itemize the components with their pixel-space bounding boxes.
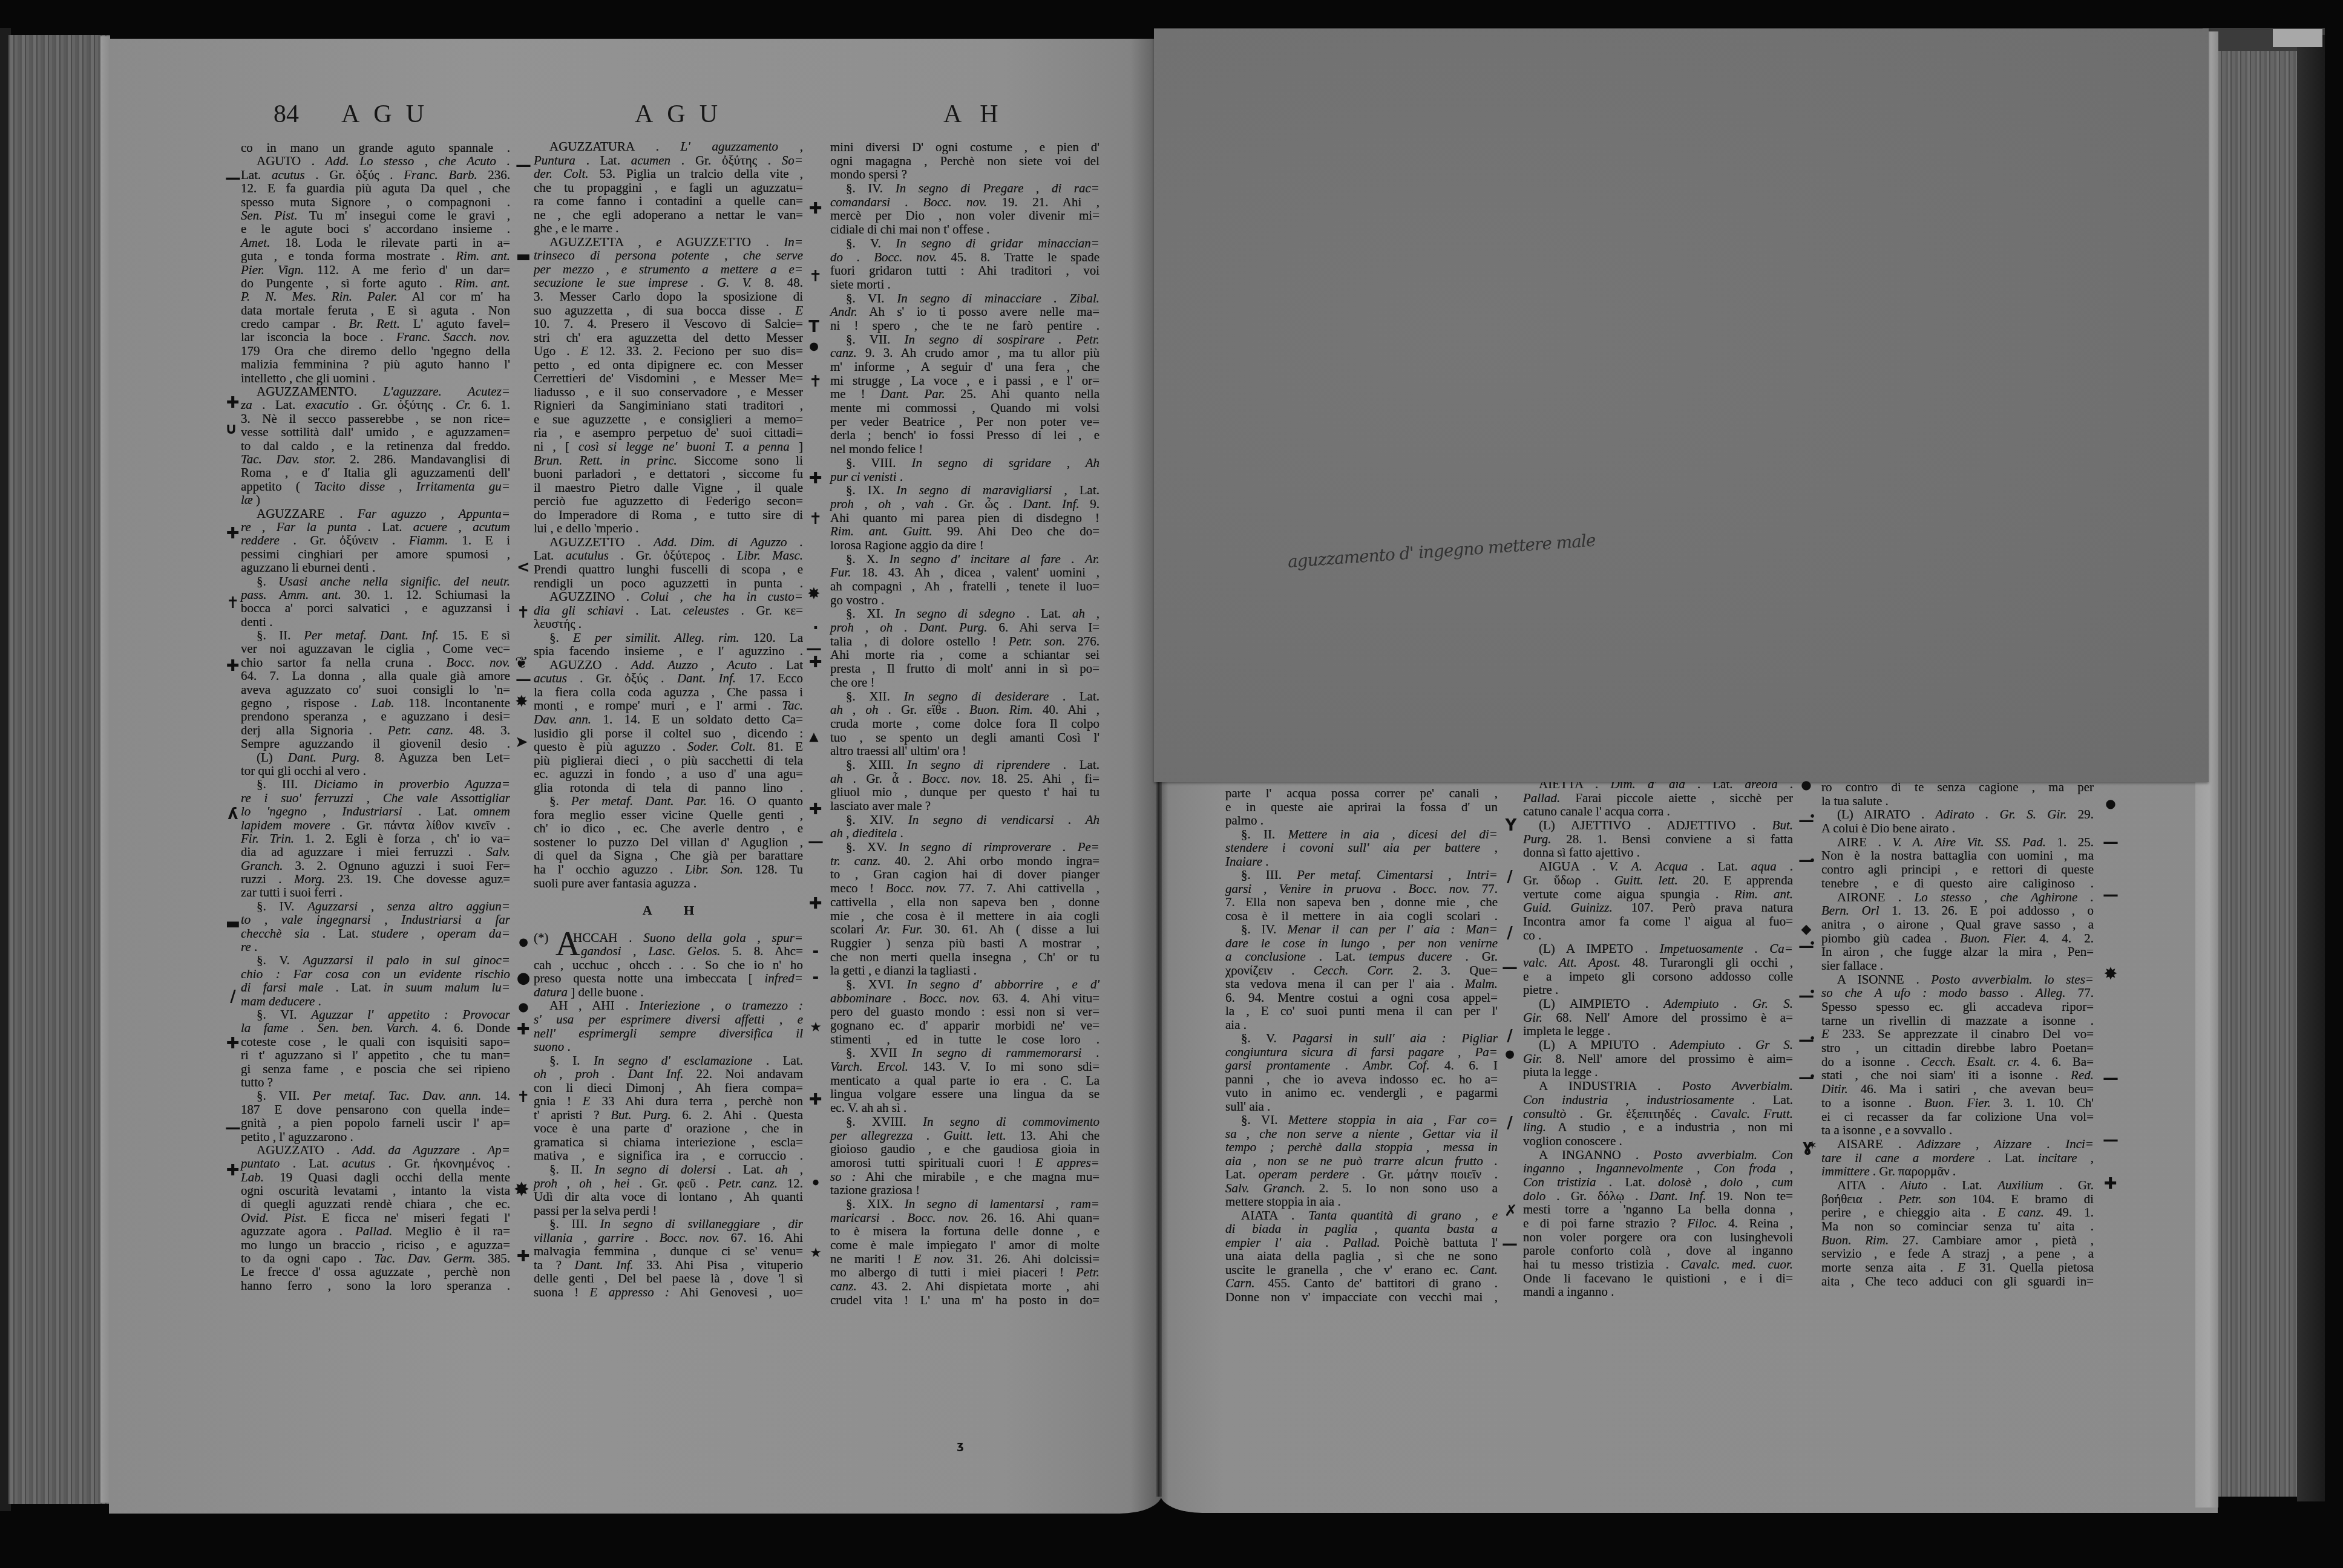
entry-paragraph: (L) AIRATO . Adirato . Gr. S. Gir. 29.A … [1821,808,2094,835]
text-line: mercè per Dio , non voler divenir mi= [830,209,1099,223]
text-line: per mezzo , e strumento a mettere a e= [534,263,803,276]
text-line: di quel da Signa , Che già per barattare [534,849,803,863]
text-line: §. V. Pagarsi in sull' aia : Pigliar [1225,1031,1498,1045]
text-line: amorosi tutti spirituali cuori ! E appre… [830,1156,1099,1170]
text-line: mi strugge , La voce , e i passi , e l' … [830,374,1099,388]
text-line: pero del guasto mondo : essi non si ver= [830,1005,1099,1019]
text-line: ne mariti ! E nov. 31. 26. Ahi dolcissi= [830,1252,1099,1266]
entry-paragraph: §. X. In segno d' incitare al fare . Ar.… [830,552,1099,607]
text-line: questo è più aguzzo . Soder. Colt. 81. E [534,740,803,754]
entry-paragraph: (L) AJETTIVO . ADJETTIVO . But.Purg. 28.… [1523,818,1793,860]
text-line: Donne non v' impacciate con vecchi mai , [1225,1290,1498,1304]
text-line: tare il cane a mordere . Lat. incitare , [1821,1151,2094,1165]
text-line: gnia ! E 33 Ahi dura terra , perchè non [534,1094,803,1108]
text-line: t' apristi ? But. Purg. 6. 2. Ahi . Ques… [534,1108,803,1122]
text-line: Purg. 28. 1. Bensì conviene a sì fatta [1523,832,1793,846]
text-line: crudel vita ! L' una m' ha posto in do= [830,1293,1099,1307]
text-line: pietre . [1523,983,1793,997]
text-line: gramatica si chiama interiezione , escla… [534,1135,803,1149]
text-column-right-2: AIETTA . Dim. d' aia . Lat. areola .Pall… [1523,777,1793,1299]
text-line: co . [1523,929,1793,942]
text-line: mam deducere . [241,995,510,1008]
entry-paragraph: §. Per metaf. Dant. Par. 16. O quantofor… [534,794,803,890]
text-line: altro traessi all' ultim' ora ! [830,744,1099,758]
text-line: perire , e chieggio aita . E canz. 49. 1… [1821,1206,2094,1220]
covering-sheet [1154,28,2209,782]
text-line: bocca a' porci salvatici , e aguzzansi i [241,601,510,615]
text-line: 64. 7. La donna , alla quale già amore [241,669,510,682]
text-line: §. XV. In segno di rimproverare . Pe= [830,840,1099,854]
text-line: sostener lo puzzo Del villan d' Aguglion… [534,835,803,849]
text-line: garsi , Venire in pruova . Bocc. nov. 77… [1225,882,1498,896]
text-line: perciò fue aguzzetto di Federigo secon= [534,494,803,508]
text-line: denti . [241,615,510,629]
text-line: gnità , a pien popolo farneli uscir l' a… [241,1116,510,1129]
text-line: §. III. Per metaf. Cimentarsi , Intri= [1225,868,1498,882]
text-line: suoli pure aver fantasia aguzza . [534,877,803,890]
text-line: nell' esprimergli sempre diversifica il [534,1027,803,1040]
entry-paragraph: §. VI. In segno di minacciare . Zibal.An… [830,292,1099,333]
text-column-right-3: ro contro di te senza cagione , ma perla… [1821,780,2094,1288]
text-line: re , Far la punta . Lat. acuere , acutum [241,520,510,534]
text-line: il maestro Pietro dalle Vigne , il quale [534,481,803,495]
entry-paragraph: §. II. In segno di dolersi . Lat. ah ,pr… [534,1163,803,1217]
text-line: Ruggier ) senza più basti A mostrar , [830,936,1099,950]
text-line: 187 E dove pensarono con quella inde= [241,1103,510,1116]
text-line: ah , oh . Gr. εἴθε . Buon. Rim. 40. Ahi … [830,703,1099,717]
text-line: §. XIII. In segno di riprendere . Lat. [830,758,1099,772]
text-line: s' usa per esprimere diversi affetti , e [534,1013,803,1027]
text-line: lo 'ngegno , Industriarsi . Lat. omnem [241,805,510,818]
entry-paragraph: §. XIV. In segno di vendicarsi . Ahah , … [830,813,1099,840]
entry-paragraph: §. XII. In segno di desiderare . Lat.ah … [830,690,1099,758]
text-line: §. VII. In segno di sospirare . Petr. [830,333,1099,347]
text-line: AIATA . Tanta quantità di grano , e [1225,1209,1498,1223]
text-line: proh , oh , hei . Gr. φεῦ . Petr. canz. … [534,1177,803,1191]
text-line: fuori gridaron tutti : Ahi traditori , v… [830,264,1099,278]
text-line: donna sì fatto ajettivo . [1523,846,1793,860]
text-line: suona ! E appresso : Ahi Genovesi , uo= [534,1285,803,1299]
text-line: §. XI. In segno di sdegno . Lat. ah , [830,607,1099,621]
entry-paragraph: AISARE . Adizzare , Aizzare . Inci=tare … [1821,1137,2094,1178]
text-line: (L) AJETTIVO . ADJETTIVO . But. [1523,818,1793,832]
text-line: Puntura . Lat. acumen . Gr. ὀξύτης . So= [534,154,803,168]
entry-paragraph: (L) Dant. Purg. 8. Aguzza ben Let=tor qu… [241,751,510,778]
text-line: ah . Gr. ἆ . Bocc. nov. 18. 25. Ahi , fi… [830,772,1099,786]
text-line: pessimi cinghiari per amore spumosi , [241,547,510,561]
text-line: §. IV. Aguzzarsi , senza altro aggiun= [241,900,510,913]
entry-paragraph: §. XIX. In segno di lamentarsi , ram=mar… [830,1197,1099,1307]
entry-paragraph: §. IX. In segno di maravigliarsi , Lat.p… [830,483,1099,552]
entry-paragraph: (L) A MPIUTO . Adempiuto . Gr S.Gir. 8. … [1523,1038,1793,1079]
entry-paragraph: §. II. Per metaf. Dant. Inf. 15. E sìver… [241,629,510,751]
text-line: §. VI. Mettere stoppia in aia , Far co= [1225,1113,1498,1127]
text-line: cosa è il mettere in aia cogli scolari . [1225,909,1498,923]
entry-paragraph: AH , AHI . Interiezione , o tramezzo :s'… [534,999,803,1053]
text-line: e sue aguzzette , e consiglieri a memo= [534,413,803,426]
text-line: mo albergo di tutti i miei piaceri ! Pet… [830,1266,1099,1279]
text-line: valc. Att. Apost. 48. Turarongli gli occ… [1523,956,1793,970]
text-line: cidiale di chi mai non t' offese . [830,223,1099,237]
text-line: garsi prontamente . Ambr. Cof. 4. 6. I [1225,1059,1498,1073]
text-line: §. VIII. In segno di sgridare , Ah [830,456,1099,470]
text-line: Con tristizia . Lat. dolosè , dolo , cum [1523,1175,1793,1189]
text-line: stendere i covoni sull' aia per battere … [1225,841,1498,855]
entry-paragraph: §. XVIII. In segno di commovimentoper al… [830,1115,1099,1197]
text-line: non voler porgere ora con lusinghevoli [1523,1230,1793,1244]
text-line: Ahi quanto mi parea pien di disdegno ! [830,511,1099,525]
text-line: servizio , e fede A strazj , a pene , a [1821,1247,2094,1261]
text-line: A INDUSTRIA . Posto Avverbialm. [1523,1079,1793,1093]
text-line: pur ci venisti . [830,470,1099,484]
text-line: fora meglio esser vicine Quelle genti , [534,808,803,822]
text-line: intelletto , che gli uomini . [241,371,510,385]
text-line: Andr. Ah s' io ti posso avere nelle ma= [830,305,1099,319]
text-line: tarne un rivellin di mazzate a isonne . [1821,1014,2094,1028]
text-line: canz. 9. 3. Ah crudo amor , ma tu allor … [830,346,1099,360]
text-line: gognano ec. d' apparir morbidi ne' ve= [830,1019,1099,1033]
text-line: Non è la nostra battaglia con uomini , m… [1821,849,2094,863]
text-line: suono . [534,1040,803,1054]
text-line: §. Per metaf. Dant. Par. 16. O quanto [534,794,803,808]
entry-paragraph: §. III. Per metaf. Cimentarsi , Intri=ga… [1225,868,1498,923]
text-line: morte senza aita . E 31. Quella pietosa [1821,1261,2094,1275]
text-line: gi senza fame , e poscia che sei ripieno [241,1062,510,1076]
text-line: palmo . [1225,814,1498,828]
text-line: e in queste aie aprirai la fossa d' un [1225,800,1498,814]
text-line: chio : Far cosa con un evidente rischio [241,967,510,981]
entry-paragraph: §. I. In segno d' esclamazione . Lat.oh … [534,1054,803,1163]
text-line: mo lungo un braccio , riciso , e aguzza= [241,1238,510,1252]
text-line: (L) A MPIUTO . Adempiuto . Gr S. [1523,1038,1793,1052]
text-line: AGUZZINO . Colui , che ha in custo= [534,590,803,604]
text-line: AISARE . Adizzare , Aizzare . Inci= [1821,1137,2094,1151]
text-column-left-2: AGUZZATURA . L' aguzzamento ,Puntura . L… [534,140,803,1299]
entry-paragraph: §. IV. Menar il can per l' aia : Man=dar… [1225,923,1498,1031]
text-line: di biada in paglia , quanta basta a [1225,1222,1498,1236]
text-line: ha l' occhio aguzzo . Libr. Son. 128. Tu [534,863,803,877]
text-line: §. III. In segno di svillaneggiare , dir [534,1217,803,1231]
page-stack-left [8,35,110,1504]
text-line: appetito ( Tacito disse , Irritamenta gu… [241,480,510,493]
text-line: ni , [ così si legge ne' buoni T. a penn… [534,440,803,454]
text-column-left-1: co in mano un grande aguto spannale .AGU… [241,141,510,1292]
entry-paragraph: §. XV. In segno di rimproverare . Pe=tr.… [830,840,1099,978]
text-line: datura ] delle buone . [534,985,803,999]
text-line: di farsi male . Lat. in suum malum lu= [241,981,510,994]
text-line: §. VI. Aguzzar l' appetito : Provocar [241,1008,510,1021]
text-line: Ugo . E 12. 33. 2. Feciono per suo dis= [534,344,803,358]
text-line: Granch. 3. 2. Ognuno aguzzi i suoi Fer= [241,859,510,872]
text-line: spia facendo insieme , e l' aguzzino . [534,644,803,658]
text-line: anitra , o airone , Qual grave sasso , a [1821,918,2094,932]
text-line: ling. A studio , e a industria , non mi [1523,1120,1793,1134]
entry-paragraph: §. V. Pagarsi in sull' aia : Pigliarcong… [1225,1031,1498,1113]
text-line: AIRONE . Lo stesso , che Aghirone . [1821,890,2094,904]
text-line: ni ! spero , che te ne farò pentire . [830,319,1099,333]
text-line: con li dieci Dimonj , Ah fiera compa= [534,1081,803,1095]
text-line: lorosa Ragione aggio da dire ! [830,538,1099,552]
text-line: piombo giù cadea . Buon. Fier. 4. 4. 2. [1821,932,2094,946]
text-line: hanno ferro , sono la loro speranza . [241,1279,510,1292]
text-line: uscite le granella , che v' erano ec. Ca… [1225,1263,1498,1277]
text-line: 3. Nè il secco passerebbe , se non rice= [241,412,510,425]
text-line: Sempre aguzzando il giovenil desio . [241,737,510,750]
text-line: voglion conoscere . [1523,1134,1793,1148]
entry-paragraph: co in mano un grande aguto spannale . [241,141,510,154]
text-line: guta , e tonda forma mostrate . Rim. ant… [241,249,510,263]
entry-paragraph: §. VII. Per metaf. Tac. Dav. ann. 14.187… [241,1089,510,1143]
text-line: parole conforto colà , dove al inganno [1523,1244,1793,1258]
text-line: §. XII. In segno di desiderare . Lat. [830,690,1099,704]
entry-paragraph: §. IV. Aguzzarsi , senza altro aggiun=to… [241,900,510,954]
entry-paragraph: §. VII. In segno di sospirare . Petr.can… [830,333,1099,456]
text-line: ruzzi . Morg. 23. 19. Che dovesse aguz= [241,872,510,886]
text-line: delle genti , Del bel paese là , dove 'l… [534,1272,803,1285]
text-line: tenebre , e di questo aire caliginoso . [1821,877,2094,890]
text-line: P. N. Mes. Rin. Paler. Al cor m' ha [241,290,510,303]
text-line: Ovid. Pist. E ficca ne' miseri fegati l' [241,1211,510,1224]
text-line: stimenti , ed in tutte le cose loro . [830,1033,1099,1047]
entry-paragraph: AIATA . Tanta quantità di grano , edi bi… [1225,1209,1498,1304]
text-line: cattivella , ella non sapeva ben , donne [830,895,1099,909]
text-line: ta ? Dant. Inf. 33. Ahi Pisa , vituperio [534,1258,803,1272]
text-line: me ! Dant. Par. 25. Ahi quanto nella [830,387,1099,401]
text-line: hai tu messo tristizia . Cavalc. med. cu… [1523,1258,1793,1272]
text-line: Incontra amor fa come l' aigua al fuo= [1523,915,1793,929]
text-line: der. Colt. 53. Piglia un tralcio della v… [534,167,803,181]
text-line: Gir. 8. Nell' amore del prossimo è aim= [1523,1052,1793,1066]
text-line: la getti , e dianzi la tagliasti . [830,964,1099,978]
text-line: 3. Messer Carlo dopo la sposizione di [534,290,803,304]
text-line: Dav. ann. 1. 14. E un soldato detto Ca= [534,713,803,727]
text-line: panni , che io aveva indosso ec. ho a= [1225,1073,1498,1086]
entry-paragraph: AGUTO . Add. Lo stesso , che Acuto .Lat.… [241,154,510,385]
text-line: tuo , se spento un degli amanti Così l' [830,731,1099,745]
text-line: ec. aguzzi in fondo , a uso d' una agu= [534,767,803,781]
text-line: che non merti quella insegna , Ch' or tu [830,950,1099,964]
text-line: una aiata della paglia , sì che ne sono [1225,1249,1498,1263]
text-line: tutto ? [241,1076,510,1089]
text-line: aita , Che teco adduci con gli sguardi i… [1821,1275,2094,1289]
text-line: sier fallace . [1821,959,2094,973]
text-line: Onde li facevano le quistioni , e i di= [1523,1272,1793,1285]
text-line: Ahi morte ria , come a schiantar sei [830,648,1099,662]
text-line: ei ci recasser da far colizione Una vol= [1821,1110,2094,1124]
text-line: dolo . Gr. δόλῳ . Dant. Inf. 19. Non te= [1523,1189,1793,1203]
text-line: 7. Ella non sapeva ben , donne mie , che [1225,895,1498,909]
text-line: reddere . Gr. ὀξύνειν . Fiamm. 1. E i [241,534,510,547]
text-line: AGUZZATURA . L' aguzzamento , [534,140,803,154]
text-line: §. XVII In segno di rammemorarsi . [830,1046,1099,1060]
entry-paragraph: AIETTA . Dim. d' aia . Lat. areola .Pall… [1523,777,1793,818]
text-line: to dal caldo , e la retinenza dal freddo… [241,439,510,452]
text-line: læ ) [241,493,510,506]
text-line: §. II. Mettere in aia , dicesi del di= [1225,828,1498,841]
entry-paragraph: §. VIII. In segno di sgridare , Ahpur ci… [830,456,1099,483]
text-line: dia gli schiavi . Lat. celeustes . Gr. κ… [534,604,803,618]
text-line: ne , che egli adoperano a nettar le van= [534,208,803,222]
text-line: malizia femminina ? più aguto hanno l' [241,358,510,371]
text-line: per allegrezza . Guitt. lett. 13. Ahi ch… [830,1129,1099,1143]
text-line: petito , l' aguzzarono . [241,1130,510,1143]
text-line: 6. 94. Mentre costui a ogni cosa appel= [1225,991,1498,1005]
text-line: to , vale ingegnarsi , Industriarsi a fa… [241,913,510,926]
text-line: (L) Dant. Purg. 8. Aguzza ben Let= [241,751,510,764]
text-line: do Imperadore di Roma , e tutto sire di [534,508,803,522]
text-line: più piglierai dieci , o più sacchetti di… [534,754,803,768]
text-line: Ditir. 46. Ma i satiri , che avevan beu= [1821,1082,2094,1096]
text-line: E 233. Se apprezzate il cinabro Del vo= [1821,1027,2094,1041]
entry-paragraph: A ISONNE . Posto avverbialm. lo stes=so … [1821,973,2094,1137]
text-line: consultò . Gr. ἐξεπιτηδές . Cavalc. Frut… [1523,1107,1793,1121]
text-line: §. XIV. In segno di vendicarsi . Ah [830,813,1099,827]
text-line: aia , non se ne può trarre alcun frutto … [1225,1154,1498,1168]
entry-paragraph: §. VI. Mettere stoppia in aia , Far co=s… [1225,1113,1498,1209]
text-line: gegno , rispose . Lab. 118. Incontanente [241,696,510,710]
text-line: Varch. Ercol. 143. V. Io mi sono sdi= [830,1060,1099,1074]
text-line: di quegli aguzzati rendè chiara , che ec… [241,1197,510,1210]
text-line: aveva aguzzato co' suoi consigli lo 'n= [241,683,510,696]
text-line: §. X. In segno d' incitare al fare . Ar. [830,552,1099,566]
text-line: co in mano un grande aguto spannale . [241,141,510,154]
text-line: Pallad. Farai piccole aiette , sicchè pe… [1523,791,1793,805]
text-line: sull' aia . [1225,1100,1498,1114]
text-line: meco ! Bocc. nov. 77. 7. Ahi cattivella … [830,881,1099,895]
text-line: comandarsi . Bocc. nov. 19. 21. Ahi , [830,195,1099,209]
text-line: mettere stoppia in aia . [1225,1195,1498,1209]
entry-paragraph: §. V. In segno di gridar minaccian=do . … [830,237,1099,292]
entry-paragraph: §. XIII. In segno di riprendere . Lat.ah… [830,758,1099,813]
text-line: glia rotonda di tela di panno lino . [534,781,803,795]
text-line: empier l' aia . Pallad. Poichè battuta l… [1225,1236,1498,1250]
text-line: gliuol mio , dunque per questo t' hai tu [830,785,1099,799]
entry-paragraph: §. XVII In segno di rammemorarsi .Varch.… [830,1046,1099,1114]
text-line: Inaiare . [1225,855,1498,869]
text-line: Fur. 18. 43. Ah , dicea , valent' uomini… [830,566,1099,580]
text-line: lasciato aver male ? [830,799,1099,813]
text-line: In airon , che fugge alzar la mira , Pen… [1821,945,2094,959]
text-line: λευστής . [534,617,803,631]
entry-paragraph: §. XI. In segno di sdegno . Lat. ah ,pro… [830,607,1099,689]
entry-paragraph: ro contro di te senza cagione , ma perla… [1821,780,2094,808]
text-line: aguzzate agora . Pallad. Meglio è il ra= [241,1224,510,1238]
running-head-right: AH [943,102,1017,127]
text-line: mesti torre a 'nganno La bella donna , [1523,1203,1793,1217]
text-line: Salv. Granch. 2. 5. Io non sono uso a [1225,1181,1498,1195]
text-line: χρονίζειν . Cecch. Corr. 2. 3. Que= [1225,964,1498,978]
text-line: ec. V. ah ah sì . [830,1101,1099,1115]
entry-paragraph: AIRONE . Lo stesso , che Aghirone .Bern.… [1821,890,2094,973]
entry-paragraph: §. Usasi anche nella signific. del neutr… [241,575,510,629]
entry-paragraph: A INDUSTRIA . Posto Avverbialm.Con indus… [1523,1079,1793,1148]
text-line: nel mondo felice ! [830,442,1099,456]
text-line: che tu propaggini , e fagli un aguzzatu= [534,181,803,195]
text-line: AIRE . V. A. Aire Vit. SS. Pad. 1. 25. [1821,835,2094,849]
text-line: Rignieri da Sangiminiano stati traditori… [534,399,803,413]
text-line: m' informe , A seguir d' una fera , che [830,360,1099,374]
text-line: §. VI. In segno di minacciare . Zibal. [830,292,1099,305]
text-line: §. IX. In segno di maravigliarsi , Lat. [830,483,1099,497]
text-line: la fiera colla coda aguzza , Che passa i [534,685,803,699]
text-line: congiuntura sicura di farsi pagare , Pa= [1225,1045,1498,1059]
text-line: la fame . Sen. ben. Varch. 4. 6. Donde [241,1021,510,1034]
text-line: voce è una parte d' orazione , che in [534,1122,803,1135]
text-line: che ore ! [830,676,1099,690]
entry-paragraph: AIGUA . V. A. Acqua . Lat. aqua .Gr. ὕδω… [1523,860,1793,942]
text-line: parte l' acqua possa correr pe' canali , [1225,786,1498,800]
text-line: Ma non so cominciar senza tu' aita . [1821,1220,2094,1233]
text-line: to a isonne . Buon. Fier. 3. 1. 10. Ch' [1821,1096,2094,1110]
text-line: lar isconcia la boce . Franc. Sacch. nov… [241,330,510,344]
text-line: Spesso spesso ec. gli accadeva ripor= [1821,1000,2094,1014]
text-line: tor qui gli occhi al vero . [241,764,510,777]
text-line: dare le cose in lungo , per non venirne [1225,936,1498,950]
text-line: puntato . Lat. acutus . Gr. ἠκονημένος . [241,1157,510,1170]
text-line: ch' io dico , ec. Che averle dentro , e [534,822,803,835]
text-line: Rim. ant. Guitt. 99. Ahi Deo che do= [830,524,1099,538]
text-line: A INGANNO . Posto avverbialm. Con [1523,1148,1793,1162]
text-line: Amet. 18. Loda le rilevate parti in a= [241,236,510,249]
drop-cap: A [555,927,580,961]
text-line: inganno , Ingannevolmente , Con froda , [1523,1161,1793,1175]
text-line: derj alla Signoria . Petr. canz. 48. 3. [241,724,510,737]
text-line: Carn. 455. Canto de' battitori di grano … [1225,1276,1498,1290]
text-line: rendigli un poco aguzzetti in punta . [534,577,803,590]
text-line: Bern. Orl 1. 13. 26. E poi addosso , o [1821,904,2094,918]
text-line: checchè sia . Lat. studere , operam da= [241,927,510,940]
text-line: sta vedova mena il can per l' aia . Malm… [1225,977,1498,991]
text-line: ver noi aguzzavan le ciglia , Come vec= [241,642,510,655]
text-line: so : Ahi che mirabile , e che magna mu= [830,1170,1099,1184]
text-line: (L) AIMPIETO . Adempiuto . Gr. S. [1523,997,1793,1011]
entry-paragraph: §. II. Mettere in aia , dicesi del di=st… [1225,828,1498,869]
book-cover-corner [2273,29,2322,47]
text-line: Guid. Guinizz. 107. Però prava natura [1523,901,1793,915]
text-line: menticato a qual parte io era . C. La [830,1074,1099,1088]
text-line: Sen. Pist. Tu m' insegui come le gravi , [241,209,510,222]
text-line: §. I. In segno d' esclamazione . Lat. [534,1054,803,1068]
text-line: presta , Il frutto di molt' anni in sì p… [830,662,1099,676]
text-line: e le agute boci s' accordano insieme . [241,222,510,235]
text-line: maricarsi . Bocc. nov. 26. 16. Ahi quan= [830,1211,1099,1225]
text-line: Pier. Vign. 112. A me ferìo d' un dar= [241,263,510,276]
text-line: Lat. operam perdere . Gr. μάτην ποιεῖν . [1225,1168,1498,1181]
text-line: Fir. Trin. 1. 2. Egli è forza , ch' io v… [241,832,510,845]
text-line: immittere . Gr. παρορμᾶν . [1821,1165,2094,1178]
entry-paragraph: AGUZZARE . Far aguzzo , Appunta=re , Far… [241,507,510,575]
text-line: AIGUA . V. A. Acqua . Lat. aqua . [1523,860,1793,874]
text-line: vesse sottilità dall' umido , e aguzzame… [241,425,510,439]
entry-paragraph: AGUZZATO . Add. da Aguzzare . Ap=puntato… [241,1143,510,1292]
text-line: A colui è Dio bene airato . [1821,822,2094,835]
text-line: suo aguzzetta , di sua bocca disse . E [534,304,803,318]
text-line: sa , che non serve a niente , Gettar via… [1225,1127,1498,1141]
text-line: Gr. ὕδωρ . Guitt. lett. 20. E apprenda [1523,874,1793,887]
text-line: §. XVI. In segno d' abborrire , e d' [830,978,1099,991]
text-line: §. IV. In segno di Pregare , di rac= [830,181,1099,195]
text-line: 10. 7. 4. Presero il Vescovo di Salcie= [534,317,803,331]
text-line: e di poi farne strazio ? Filoc. 4. Reina… [1523,1217,1793,1230]
text-line: AH , AHI . Interiezione , o tramezzo : [534,999,803,1013]
text-line: canz. 43. 2. Ahi dispietata morte , ahi [830,1279,1099,1293]
text-line: AGUZZO . Add. Auzzo , Acuto . Lat [534,658,803,672]
text-line: Lat. acutulus . Gr. ὀξύτερος . Libr. Mas… [534,549,803,563]
text-line: ri t' aguzzano sì l' appetito , che tu m… [241,1048,510,1062]
text-line: do a isonne . Cecch. Esalt. cr. 4. 6. Ba… [1821,1055,2094,1069]
text-line: Gir. 68. Nell' Amore del prossimo è a= [1523,1011,1793,1025]
text-line: re . [241,940,510,953]
